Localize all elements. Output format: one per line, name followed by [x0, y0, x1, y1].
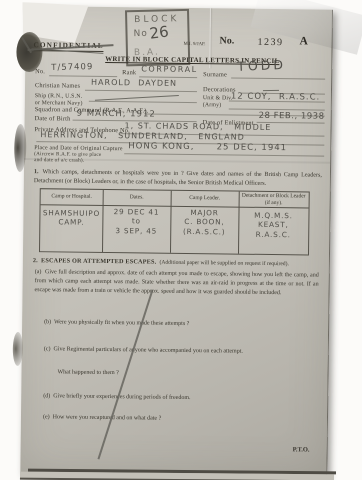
form-page: BLOCK No 26 B.A. CONFIDENTIAL M.I. 9/JAP…	[20, 6, 333, 477]
field-surname-value: TODD	[237, 57, 286, 75]
form-reference: M.I. 9/JAP.	[184, 42, 206, 47]
table-header-camp: Camp or Hospital.	[41, 193, 103, 200]
field-date-of-enlistment-value: 28 FEB., 1938	[259, 111, 325, 123]
form-number-label: No.	[220, 35, 235, 46]
table-cell-dates: 29 DEC 41 to 3 SEP, 45	[104, 207, 168, 236]
question-1-text: Which camps, detachments or hospitals we…	[34, 169, 322, 187]
question-1-number: 1.	[34, 169, 39, 175]
table-cell-camp-leader: MAJOR C. BOON, (R.A.S.C.)	[172, 208, 236, 237]
question-2b-text: Were you physically fit when you made th…	[54, 319, 189, 327]
question-2d: (d) Give briefly your experiences during…	[43, 392, 313, 404]
question-2b-key: (b)	[44, 319, 51, 325]
field-ship-label: Ship (R.N., U.S.N. or Merchant Navy)	[35, 93, 83, 107]
question-2c-text: Give Regimental particulars of anyone wh…	[53, 346, 242, 354]
field-unit-label: Unit & Div. (Army)	[203, 95, 233, 109]
answer-line	[49, 75, 117, 77]
question-2e-key: (e)	[43, 414, 50, 420]
field-rank-value: CORPORAL	[141, 64, 198, 75]
question-2e: (e) How were you recaptured and on what …	[43, 413, 313, 425]
question-2c-followup: What happened to them ?	[57, 368, 257, 379]
field-rank-label: Rank	[122, 69, 136, 76]
table-header-camp-leader: Camp Leader.	[171, 195, 239, 202]
question-2a-key: (a)	[35, 269, 42, 275]
block-stamp-no-value: 26	[148, 22, 169, 42]
form-series-letter: A	[300, 35, 308, 47]
torn-edge-blot	[14, 124, 27, 172]
answer-line	[231, 78, 325, 80]
field-capture-value: HONG KONG, 25 DEC, 1941	[128, 141, 287, 154]
table-cell-camp: SHAMSHUIPO CAMP.	[42, 208, 100, 228]
field-number-value: T/57409	[51, 62, 93, 74]
section-2-note: (Additional paper will be supplied on re…	[159, 260, 288, 268]
question-2a-text: Give full description and approx. date o…	[34, 269, 318, 296]
answer-line	[124, 153, 324, 156]
question-1: 1.Which camps, detachments or hospitals …	[34, 168, 322, 189]
question-2d-text: Give briefly your experiences during per…	[53, 393, 190, 401]
block-stamp-no-label: No	[133, 29, 147, 39]
answer-line	[85, 90, 197, 92]
page-turn-over-marker: P.T.O.	[293, 446, 310, 453]
section-2-title: ESCAPES OR ATTEMPTED ESCAPES.	[41, 257, 156, 265]
torn-edge-blot	[13, 332, 23, 366]
document-photo: BLOCK No 26 B.A. CONFIDENTIAL M.I. 9/JAP…	[0, 0, 362, 480]
field-christian-names-label: Christian Names	[35, 82, 80, 90]
question-2d-key: (d)	[43, 393, 50, 399]
field-capture-label-note: (Aircrew R.A.F. to give place and date o…	[34, 152, 101, 165]
field-number-label: No.	[35, 68, 45, 75]
question-2c-key: (c)	[44, 346, 51, 352]
section-2-number: 2.	[33, 257, 38, 264]
form-serial-number: 1239	[258, 37, 284, 48]
field-date-of-birth-label: Date of Birth	[35, 115, 71, 123]
question-2b: (b) Were you physically fit when you mad…	[44, 318, 314, 330]
table-cell-block-leader: M.Q.M.S. KEAST, R.A.S.C.	[240, 211, 306, 240]
question-2c: (c) Give Regimental particulars of anyon…	[44, 345, 314, 357]
field-surname-label: Surname	[203, 71, 227, 79]
section-2-heading-row: 2. ESCAPES OR ATTEMPTED ESCAPES. (Additi…	[33, 257, 321, 268]
question-2a: (a) Give full description and approx. da…	[34, 268, 318, 298]
question-2e-text: How were you recaptured and on what date…	[53, 414, 162, 421]
table-header-block-leader: Detachment or Block Leader (if any).	[239, 193, 309, 207]
ship-strikethrough	[95, 95, 179, 101]
camps-table: Camp or Hospital. Dates. Camp Leader. De…	[39, 188, 310, 255]
answer-line	[89, 101, 197, 103]
table-header-dates: Dates.	[103, 194, 171, 201]
field-christian-names-value: HAROLD DAYDEN	[91, 78, 177, 89]
